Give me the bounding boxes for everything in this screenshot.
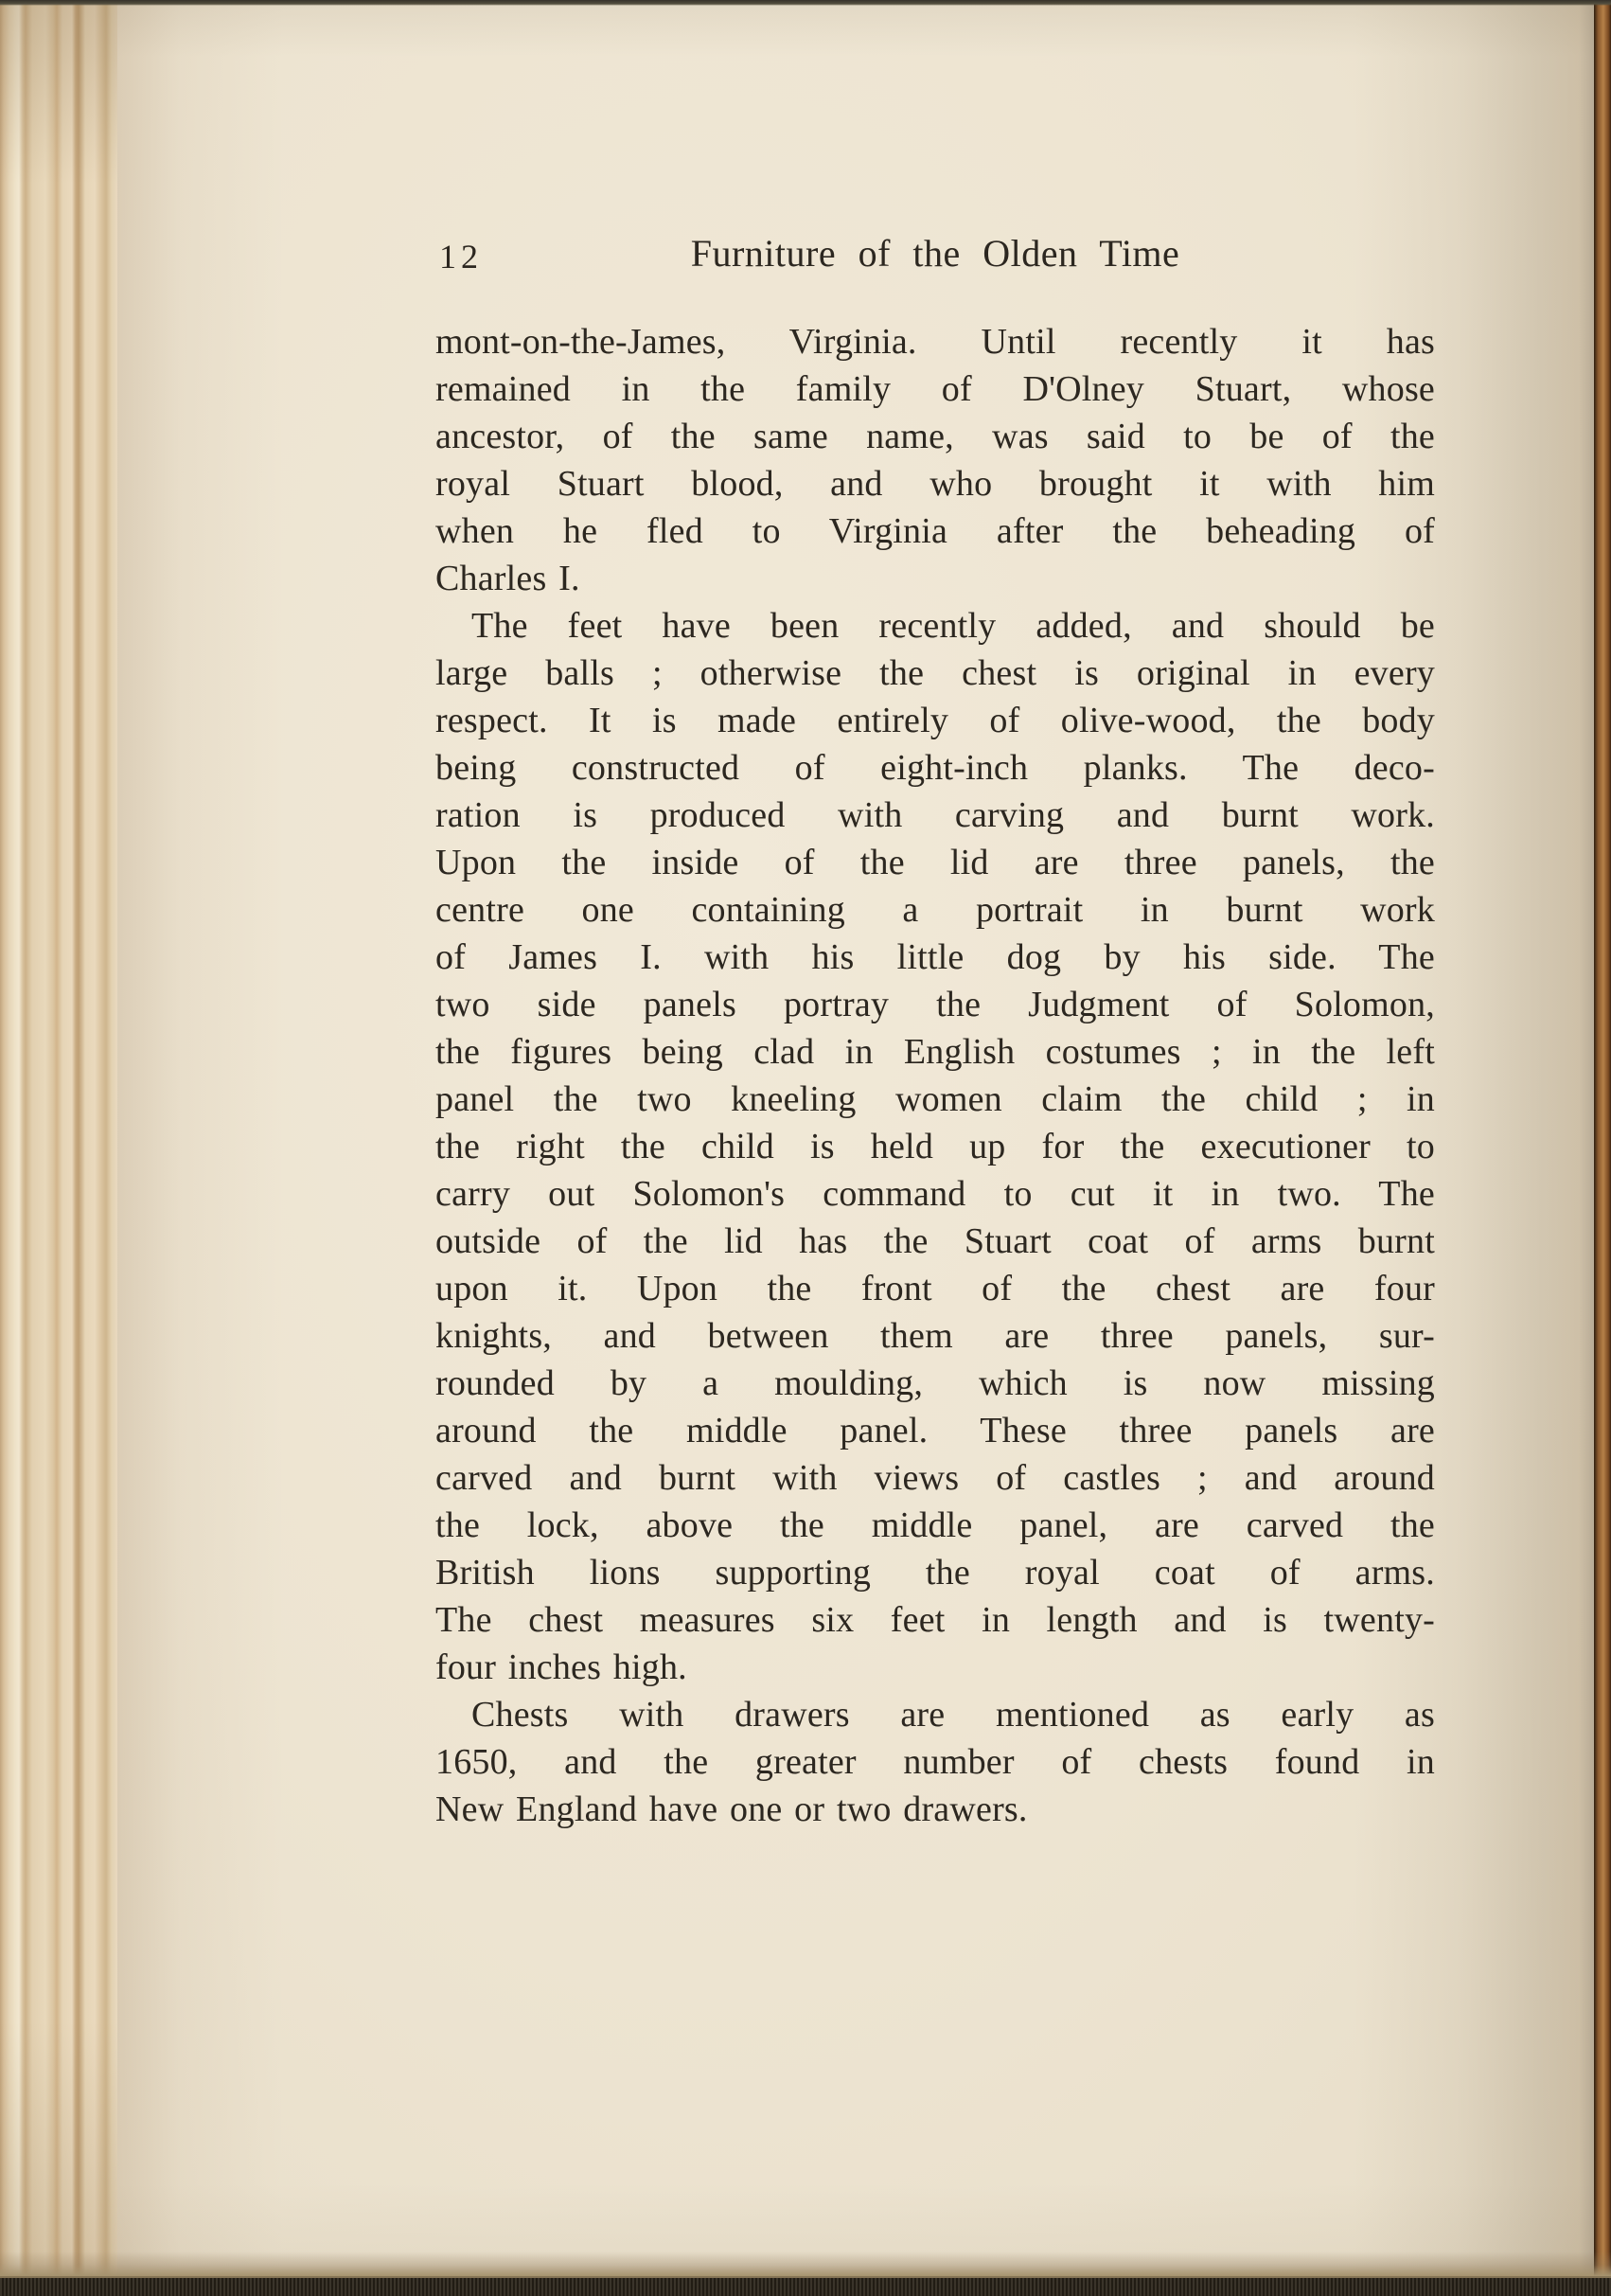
- text-line: Upon the inside of the lid are three pan…: [435, 839, 1435, 886]
- text-line: when he fled to Virginia after the behea…: [435, 507, 1435, 555]
- text-line: British lions supporting the royal coat …: [435, 1549, 1435, 1596]
- text-line: of James I. with his little dog by his s…: [435, 934, 1435, 981]
- text-line: Charles I.: [435, 555, 1435, 602]
- text-line: outside of the lid has the Stuart coat o…: [435, 1218, 1435, 1265]
- page-header: 12 Furniture of the Olden Time: [435, 231, 1435, 280]
- text-line: centre one containing a portrait in burn…: [435, 886, 1435, 934]
- text-line: respect. It is made entirely of olive-wo…: [435, 697, 1435, 744]
- text-line: four inches high.: [435, 1644, 1435, 1691]
- text-line: New England have one or two drawers.: [435, 1786, 1435, 1833]
- text-line: the right the child is held up for the e…: [435, 1123, 1435, 1170]
- text-line: ancestor, of the same name, was said to …: [435, 413, 1435, 460]
- text-line: being constructed of eight-inch planks. …: [435, 744, 1435, 792]
- stacked-page-edges-left: [0, 0, 117, 2296]
- paragraph: The feet have been recently added, and s…: [435, 602, 1435, 1691]
- text-line: two side panels portray the Judgment of …: [435, 981, 1435, 1028]
- text-line: 1650, and the greater number of chests f…: [435, 1738, 1435, 1786]
- text-line: remained in the family of D'Olney Stuart…: [435, 365, 1435, 413]
- page-bottom-shadow: [0, 2252, 1611, 2276]
- text-line: mont-on-the-James, Virginia. Until recen…: [435, 318, 1435, 365]
- paragraph: Chests with drawers are mentioned as ear…: [435, 1691, 1435, 1833]
- text-line: the lock, above the middle panel, are ca…: [435, 1502, 1435, 1549]
- text-line: knights, and between them are three pane…: [435, 1312, 1435, 1360]
- text-line: upon it. Upon the front of the chest are…: [435, 1265, 1435, 1312]
- text-line: ration is produced with carving and burn…: [435, 792, 1435, 839]
- scan-top-edge: [0, 0, 1611, 6]
- paragraph: mont-on-the-James, Virginia. Until recen…: [435, 318, 1435, 602]
- text-line: The chest measures six feet in length an…: [435, 1596, 1435, 1644]
- body-text: mont-on-the-James, Virginia. Until recen…: [435, 318, 1435, 1833]
- page-number: 12: [439, 237, 483, 276]
- text-line: around the middle panel. These three pan…: [435, 1407, 1435, 1454]
- book-board-edge-right: [1594, 0, 1611, 2296]
- text-line: panel the two kneeling women claim the c…: [435, 1076, 1435, 1123]
- text-line: the figures being clad in English costum…: [435, 1028, 1435, 1076]
- text-line: Chests with drawers are mentioned as ear…: [435, 1691, 1435, 1738]
- book-bottom-edge: [0, 2276, 1611, 2296]
- text-line: carved and burnt with views of castles ;…: [435, 1454, 1435, 1502]
- running-title: Furniture of the Olden Time: [435, 231, 1435, 276]
- book-page-scan: 12 Furniture of the Olden Time mont-on-t…: [0, 0, 1611, 2296]
- text-line: rounded by a moulding, which is now miss…: [435, 1360, 1435, 1407]
- text-line: large balls ; otherwise the chest is ori…: [435, 650, 1435, 697]
- text-line: royal Stuart blood, and who brought it w…: [435, 460, 1435, 507]
- text-line: The feet have been recently added, and s…: [435, 602, 1435, 650]
- text-line: carry out Solomon's command to cut it in…: [435, 1170, 1435, 1218]
